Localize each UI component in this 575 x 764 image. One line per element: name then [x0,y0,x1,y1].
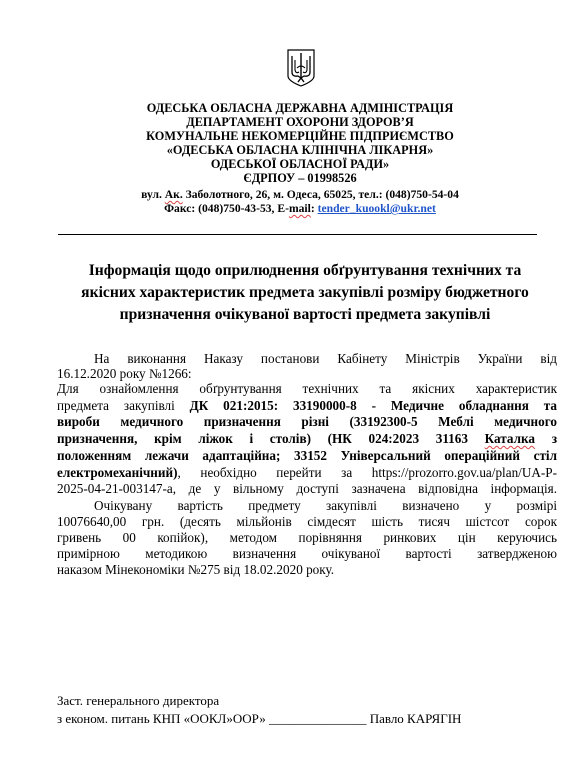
p2-text: предмета закупівлі [57,398,190,413]
document-title-line-2: якісних характеристик предмета закупівлі… [40,282,570,304]
paragraph-1-line-2: 16.12.2020 року №1266: [57,366,557,381]
org-line-3: КОМУНАЛЬНЕ НЕКОМЕРЦІЙНЕ ПІДПРИЄМСТВО [0,129,575,143]
paragraph-2-line-6: електромеханічний), необхідно перейти за… [57,465,557,480]
address-prefix: вул. [141,188,165,201]
fax-prefix: Факс: (048)750-43-53, E- [164,202,289,215]
nk-code: призначення, крім ліжок і столів) (НК 02… [57,431,485,446]
paragraph-3-line-2: 10076640,00 грн. (десять мільйонів сімде… [57,514,557,529]
paragraph-1-line-1: На виконання Наказу постанови Кабінету М… [94,351,557,366]
katalka-spellcheck-word: Каталка [485,431,535,446]
org-line-5: ОДЕСЬКОЇ ОБЛАСНОЇ РАДИ» [0,157,575,171]
paragraph-2-line-2: предмета закупівлі ДК 021:2015: 33190000… [57,398,557,413]
p2-l4-end: з [535,431,557,446]
address-spellcheck-word: Ак. [165,188,183,201]
org-line-2: ДЕПАРТАМЕНТ ОХОРОНИ ЗДОРОВ’Я [0,115,575,129]
header-divider [58,234,537,235]
paragraph-2-line-5: положенням лежачи адаптаційна; 33152 Уні… [57,448,557,463]
paragraph-3-line-3: гривень 00 копійок), методом порівняння … [57,530,557,545]
document-page: ОДЕСЬКА ОБЛАСНА ДЕРЖАВНА АДМІНІСТРАЦІЯ Д… [0,0,575,764]
signature-line: з економ. питань КНП «ООКЛ»ООР» ________… [57,710,461,728]
org-line-4: «ОДЕСЬКА ОБЛАСНА КЛІНІЧНА ЛІКАРНЯ» [0,143,575,157]
address-line: вул. Ак. Заболотного, 26, м. Одеса, 6502… [0,188,575,202]
document-title-line-1: Інформація щодо оприлюднення обґрунтуван… [40,260,570,282]
paragraph-2-line-3: вироби медичного призначення різні (3319… [57,414,557,429]
fax-email-line: Факс: (048)750-43-53, E-mail: tender_kuo… [0,202,575,216]
paragraph-2-line-1: Для ознайомлення обґрунтування технічних… [57,381,557,396]
signature-position: Заст. генерального директора [57,692,219,710]
mail-spellcheck-word: mail [289,202,311,215]
paragraph-3-line-4: примірною методикою визначення очікувано… [57,546,557,561]
fax-colon: : [311,202,318,215]
edrpou-code: ЄДРПОУ – 01998526 [0,171,575,185]
email-link[interactable]: tender_kuookl@ukr.net [318,202,436,215]
paragraph-3-line-1: Очікувану вартість предмету закупівлі ви… [94,498,557,513]
cpv-code: ДК 021:2015: 33190000-8 - Медичне обладн… [190,398,557,413]
paragraph-3-line-5: наказом Мінекономіки №275 від 18.02.2020… [57,562,557,577]
org-line-1: ОДЕСЬКА ОБЛАСНА ДЕРЖАВНА АДМІНІСТРАЦІЯ [0,101,575,115]
prozorro-link-text: , необхідно перейти за https://prozorro.… [178,465,558,480]
document-title-line-3: призначення очікуваної вартості предмета… [40,304,570,326]
address-rest: Заболотного, 26, м. Одеса, 65025, тел.: … [183,188,459,201]
item-name-end: електромеханічний) [57,465,178,480]
ukraine-coat-of-arms-icon [286,48,316,88]
paragraph-2-line-4: призначення, крім ліжок і столів) (НК 02… [57,431,557,446]
paragraph-2-line-7: 2025-04-21-003147-a, де у вільному досту… [57,481,557,496]
